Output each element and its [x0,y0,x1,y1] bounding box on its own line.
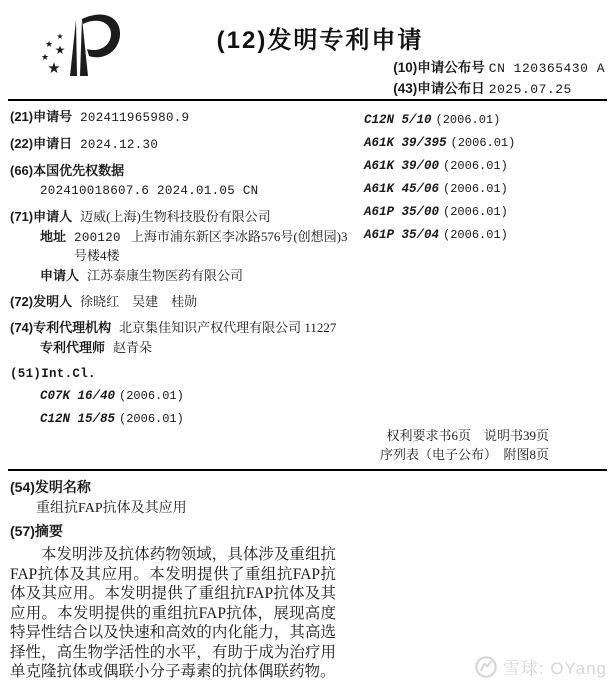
title-abstract-section: (54)发明名称 重组抗FAP抗体及其应用 (57)摘要 本发明涉及抗体药物领域… [10,476,430,682]
biblio-left-column: (21)申请号 202411965980.9 (22)申请日 2024.12.3… [10,103,352,467]
application-date-value: 2024.12.30 [80,136,158,154]
inventors-label: (72)发明人 [10,293,72,311]
application-number-value: 202411965980.9 [80,109,189,127]
ipc-year: (2006.01) [451,136,516,150]
ipc-code: A61K 45/06 [364,182,439,196]
ipc-year: (2006.01) [443,182,508,196]
ipc-year: (2006.01) [443,205,508,219]
address-zip: 200120 [74,231,121,245]
abstract-label: (57)摘要 [10,520,430,542]
svg-text:★: ★ [55,43,66,57]
ipc-year: (2006.01) [119,412,184,426]
address-value: 200120上海市浦东新区李冰路576号(创想园)3号楼4楼 [74,228,352,265]
ipc-code: C07K 16/40 [40,389,115,403]
publication-number-line: (10)申请公布号 CN 120365430 A [393,58,605,79]
invention-title-label: (54)发明名称 [10,476,430,498]
publication-number-label: (10)申请公布号 [393,60,485,75]
ipc-code: C12N 5/10 [364,113,432,127]
xueqiu-snowball-icon [474,655,498,679]
co-applicant-name: 江苏泰康生物医药有限公司 [87,267,352,285]
ipc-entry: A61P 35/00(2006.01) [364,200,607,223]
bibliographic-section: (21)申请号 202411965980.9 (22)申请日 2024.12.3… [10,103,607,467]
ipc-code: A61K 39/00 [364,159,439,173]
applicant-row: (71)申请人 迈威(上海)生物科技股份有限公司 [10,208,352,226]
inventors-row: (72)发明人 徐晓红 吴建 桂勋 [10,293,352,311]
ipc-entry: A61K 45/06(2006.01) [364,177,607,200]
ipc-entry: C12N 5/10(2006.01) [364,108,607,131]
patent-cover-page: ★ ★ ★ ★ ★ (12)发明专利申请 (10)申请公布号 CN 120365… [0,0,615,684]
biblio-right-column: C12N 5/10(2006.01) A61K 39/395(2006.01) … [352,103,607,467]
address-row: 地址 200120上海市浦东新区李冰路576号(创想园)3号楼4楼 [10,228,352,265]
agent-row: 专利代理师 赵青朵 [10,339,352,357]
ipc-year: (2006.01) [443,159,508,173]
inventors-names: 徐晓红 吴建 桂勋 [80,293,352,311]
ipc-code: A61P 35/04 [364,228,439,242]
ipc-entry: A61K 39/00(2006.01) [364,154,607,177]
invention-title: 重组抗FAP抗体及其应用 [10,498,430,520]
xueqiu-watermark: 雪球: OYang [474,654,607,679]
agent-label: 专利代理师 [40,339,105,357]
ipc-year: (2006.01) [119,389,184,403]
publication-number-value: CN 120365430 A [489,61,605,76]
doc-type-title: (12)发明专利申请 [140,20,500,55]
agency-name: 北京集佳知识产权代理有限公司 11227 [119,319,352,337]
svg-text:★: ★ [56,32,63,41]
svg-text:★: ★ [45,39,53,49]
application-date-label: (22)申请日 [10,135,72,153]
cnipa-logo: ★ ★ ★ ★ ★ [26,10,134,96]
page-counts-block: 权利要求书6页 说明书39页 序列表（电子公布） 附图8页 [380,426,549,464]
priority-value: 202410018607.6 2024.01.05 CN [40,182,258,200]
ipc-entry: C07K 16/40(2006.01) [10,385,352,406]
application-number-row: (21)申请号 202411965980.9 [10,108,352,127]
agency-row: (74)专利代理机构 北京集佳知识产权代理有限公司 11227 [10,319,352,337]
sequence-figures-pages: 序列表（电子公布） 附图8页 [380,445,549,464]
applicant-name: 迈威(上海)生物科技股份有限公司 [80,208,352,226]
watermark-text: 雪球: OYang [503,654,607,679]
svg-text:★: ★ [47,61,60,77]
ipc-entry: A61P 35/04(2006.01) [364,223,607,246]
agency-label: (74)专利代理机构 [10,319,111,337]
ipc-year: (2006.01) [436,113,501,127]
application-date-row: (22)申请日 2024.12.30 [10,135,352,154]
ipc-code: A61P 35/00 [364,205,439,219]
header-divider [8,99,607,101]
ipc-code: C12N 15/85 [40,412,115,426]
agent-name: 赵青朵 [113,339,352,357]
publication-date-line: (43)申请公布日 2025.07.25 [393,79,605,100]
ipc-code: A61K 39/395 [364,136,447,150]
abstract-text: 本发明涉及抗体药物领域，具体涉及重组抗FAP抗体及其应用。本发明提供了重组抗FA… [10,545,336,682]
application-number-label: (21)申请号 [10,108,72,126]
address-label: 地址 [40,228,66,246]
applicant-label: (71)申请人 [10,208,72,226]
biblio-divider [8,469,607,471]
publication-block: (10)申请公布号 CN 120365430 A (43)申请公布日 2025.… [393,58,605,100]
priority-value-row: 202410018607.6 2024.01.05 CN [10,182,352,200]
co-applicant-row: 申请人 江苏泰康生物医药有限公司 [10,267,352,285]
co-applicant-label: 申请人 [40,267,79,285]
ipc-entry: A61K 39/395(2006.01) [364,131,607,154]
priority-row: (66)本国优先权数据 [10,162,352,180]
publication-date-value: 2025.07.25 [489,82,572,97]
intcl-label: (51)Int.Cl. [10,365,96,383]
priority-label: (66)本国优先权数据 [10,162,124,180]
claims-description-pages: 权利要求书6页 说明书39页 [380,426,549,445]
ipc-entry: C12N 15/85(2006.01) [10,408,352,429]
ipc-year: (2006.01) [443,228,508,242]
intcl-row: (51)Int.Cl. [10,365,352,383]
publication-date-label: (43)申请公布日 [393,81,485,96]
